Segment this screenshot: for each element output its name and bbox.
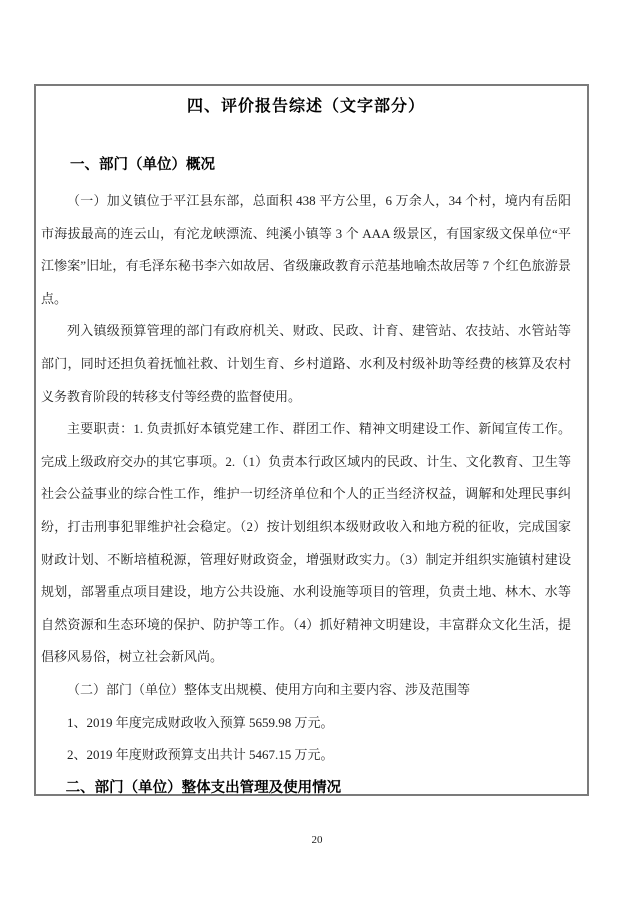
report-body: （一）加义镇位于平江县东部，总面积 438 平方公里，6 万余人，34 个村，境… [41,185,571,796]
paragraph-expenditure-budget: 2、2019 年度财政预算支出共计 5467.15 万元。 [41,739,571,772]
paragraph-revenue-budget: 1、2019 年度完成财政收入预算 5659.98 万元。 [41,707,571,740]
section-heading-overview: 一、部门（单位）概况 [41,155,571,175]
paragraph-overall-expenditure-scope: （二）部门（单位）整体支出规模、使用方向和主要内容、涉及范围等 [41,674,571,707]
document-page: 四、评价报告综述（文字部分） 一、部门（单位）概况 （一）加义镇位于平江县东部，… [0,0,634,898]
report-border-frame: 四、评价报告综述（文字部分） 一、部门（单位）概况 （一）加义镇位于平江县东部，… [34,84,589,796]
paragraph-budget-departments: 列入镇级预算管理的部门有政府机关、财政、民政、计育、建管站、农技站、水管站等部门… [41,315,571,413]
page-title: 四、评价报告综述（文字部分） [41,95,571,119]
page-number: 20 [0,834,634,846]
paragraph-town-intro: （一）加义镇位于平江县东部，总面积 438 平方公里，6 万余人，34 个村，境… [41,185,571,315]
section-heading-expenditure-management: 二、部门（单位）整体支出管理及使用情况 [41,772,571,796]
paragraph-main-duties: 主要职责：1. 负责抓好本镇党建工作、群团工作、精神文明建设工作、新闻宣传工作。… [41,413,571,674]
